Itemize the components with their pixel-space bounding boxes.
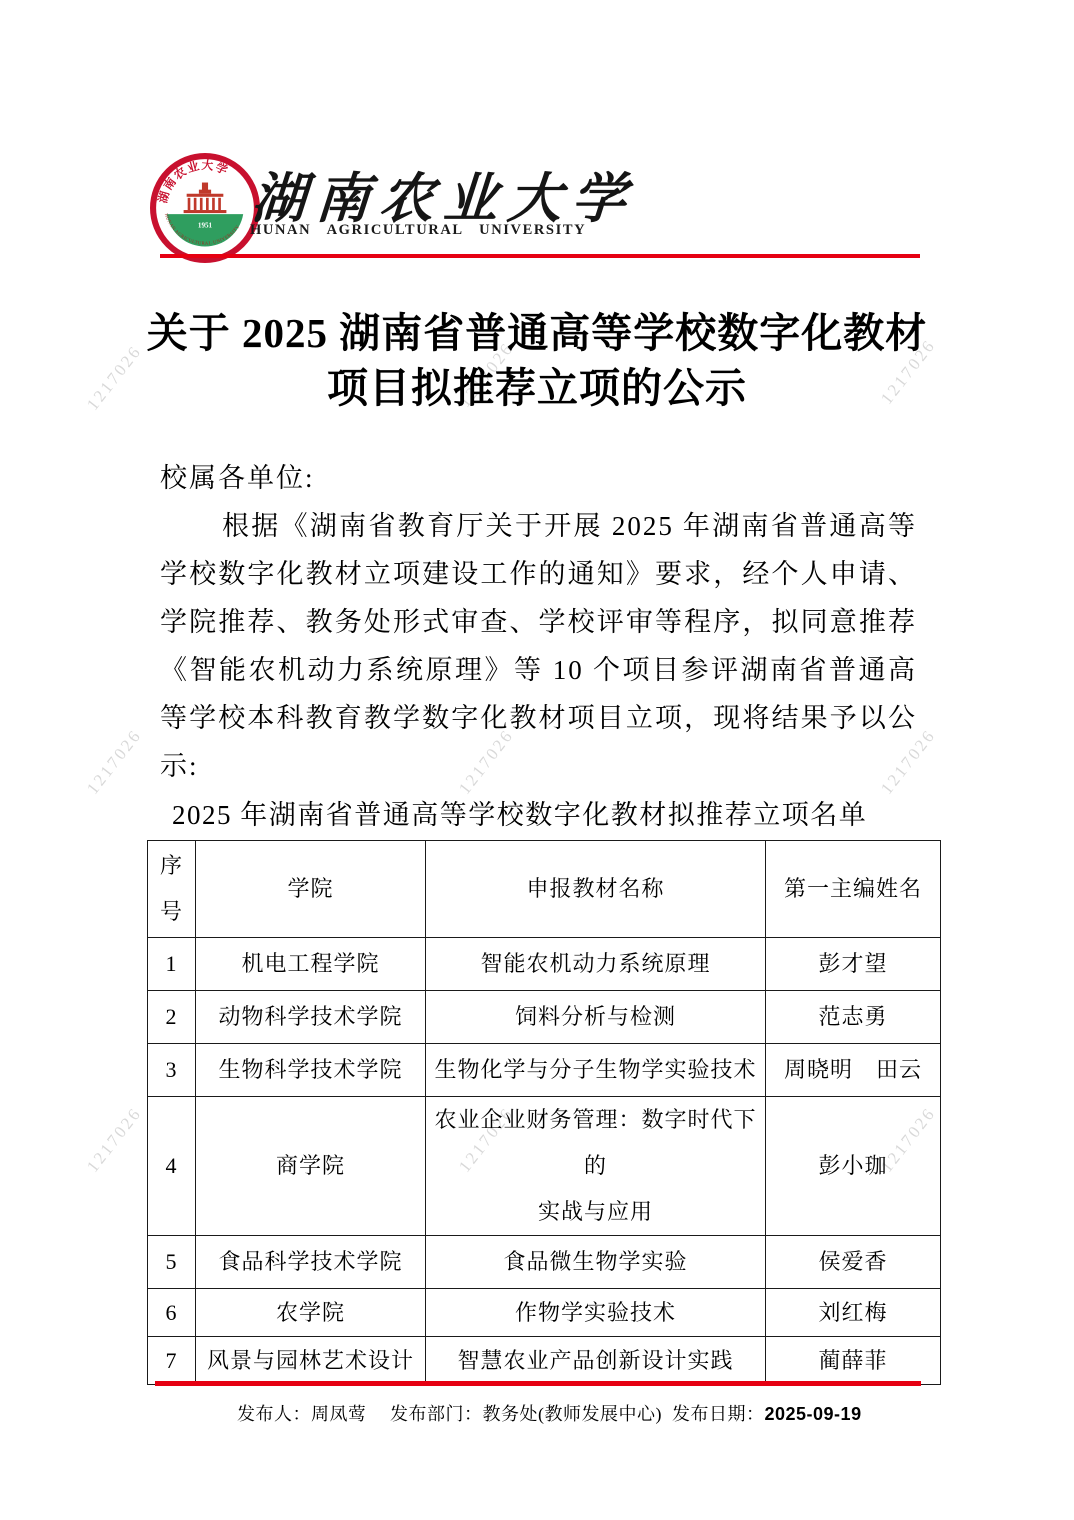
table-row: 3 生物科学技术学院 生物化学与分子生物学实验技术 周晓明 田云 xyxy=(148,1044,941,1097)
cell-index: 6 xyxy=(148,1289,196,1337)
table-row: 1 机电工程学院 智能农机动力系统原理 彭才望 xyxy=(148,938,941,991)
cell-editor: 刘红梅 xyxy=(766,1289,941,1337)
col-header-editor: 第一主编姓名 xyxy=(766,841,941,938)
header-red-rule xyxy=(160,254,920,258)
body-line: 根据《湖南省教育厅关于开展 2025 年湖南省普通高等 xyxy=(160,502,917,550)
body-line: 等学校本科教育教学数字化教材项目立项，现将结果予以公 xyxy=(160,694,917,742)
cell-textbook: 智能农机动力系统原理 xyxy=(426,938,766,991)
document-page: 1217026 1217026 1217026 1217026 1217026 … xyxy=(0,0,1074,1520)
cell-editor: 周晓明 田云 xyxy=(766,1044,941,1097)
cell-editor: 彭才望 xyxy=(766,938,941,991)
col-header-college: 学院 xyxy=(196,841,426,938)
footer-red-rule xyxy=(155,1381,921,1386)
cell-index: 2 xyxy=(148,991,196,1044)
body-line: 学校数字化教材立项建设工作的通知》要求，经个人申请、 xyxy=(160,550,917,598)
cell-college: 食品科学技术学院 xyxy=(196,1236,426,1289)
recommendation-table: 序号 学院 申报教材名称 第一主编姓名 1 机电工程学院 智能农机动力系统原理 … xyxy=(147,840,941,1385)
table-caption: 2025 年湖南省普通高等学校数字化教材拟推荐立项名单 xyxy=(172,791,867,839)
col-header-textbook: 申报教材名称 xyxy=(426,841,766,938)
cell-college: 商学院 xyxy=(196,1097,426,1236)
department-value: 教务处(教师发展中心) xyxy=(483,1404,663,1424)
cell-editor: 侯爱香 xyxy=(766,1236,941,1289)
cell-college: 农学院 xyxy=(196,1289,426,1337)
footer-date: 发布日期：2025-09-19 xyxy=(672,1400,862,1426)
date-label: 发布日期： xyxy=(672,1404,765,1424)
cell-index: 1 xyxy=(148,938,196,991)
cell-index: 3 xyxy=(148,1044,196,1097)
publisher-label: 发布人： xyxy=(237,1404,311,1424)
cell-textbook: 智慧农业产品创新设计实践 xyxy=(426,1337,766,1385)
cell-editor: 蔺薛菲 xyxy=(766,1337,941,1385)
salutation: 校属各单位: xyxy=(160,454,917,502)
footer-department: 发布部门：教务处(教师发展中心) xyxy=(390,1400,662,1426)
cell-textbook: 作物学实验技术 xyxy=(426,1289,766,1337)
cell-textbook: 农业企业财务管理：数字时代下的 实战与应用 xyxy=(426,1097,766,1236)
watermark: 1217026 xyxy=(83,1104,146,1177)
cell-textbook: 食品微生物学实验 xyxy=(426,1236,766,1289)
table-row: 6 农学院 作物学实验技术 刘红梅 xyxy=(148,1289,941,1337)
cell-editor: 范志勇 xyxy=(766,991,941,1044)
title-line-1: 关于 2025 湖南省普通高等学校数字化教材 xyxy=(80,306,994,361)
cell-index: 5 xyxy=(148,1236,196,1289)
publisher-value: 周凤莺 xyxy=(311,1404,367,1424)
table-row: 5 食品科学技术学院 食品微生物学实验 侯爱香 xyxy=(148,1236,941,1289)
cell-index: 7 xyxy=(148,1337,196,1385)
body-line: 示: xyxy=(160,742,917,790)
body-text: 校属各单位: 根据《湖南省教育厅关于开展 2025 年湖南省普通高等 学校数字化… xyxy=(160,454,917,790)
body-line: 《智能农机动力系统原理》等 10 个项目参评湖南省普通高 xyxy=(160,646,917,694)
university-name-en: HUNAN AGRICULTURAL UNIVERSITY xyxy=(250,222,586,239)
col-header-index: 序号 xyxy=(148,841,196,938)
table-row: 7 风景与园林艺术设计 智慧农业产品创新设计实践 蔺薛菲 xyxy=(148,1337,941,1385)
seal-year: 1951 xyxy=(198,221,213,229)
cell-college: 机电工程学院 xyxy=(196,938,426,991)
cell-editor: 彭小珈 xyxy=(766,1097,941,1236)
document-title: 关于 2025 湖南省普通高等学校数字化教材 项目拟推荐立项的公示 xyxy=(80,306,994,416)
watermark: 1217026 xyxy=(83,726,146,799)
cell-index: 4 xyxy=(148,1097,196,1236)
date-value: 2025-09-19 xyxy=(765,1404,862,1424)
cell-college: 动物科学技术学院 xyxy=(196,991,426,1044)
cell-textbook: 饲料分析与检测 xyxy=(426,991,766,1044)
title-line-2: 项目拟推荐立项的公示 xyxy=(80,361,994,416)
body-line: 学院推荐、教务处形式审查、学校评审等程序，拟同意推荐 xyxy=(160,598,917,646)
cell-college: 风景与园林艺术设计 xyxy=(196,1337,426,1385)
table-row: 4 商学院 农业企业财务管理：数字时代下的 实战与应用 彭小珈 xyxy=(148,1097,941,1236)
cell-textbook: 生物化学与分子生物学实验技术 xyxy=(426,1044,766,1097)
footer-publisher: 发布人：周凤莺 xyxy=(237,1400,367,1426)
table-row: 2 动物科学技术学院 饲料分析与检测 范志勇 xyxy=(148,991,941,1044)
university-seal-logo: 湖南农业大学 1951 HUNAN AGRICULTURAL UNIVERSIT… xyxy=(150,153,260,263)
department-label: 发布部门： xyxy=(390,1404,483,1424)
cell-college: 生物科学技术学院 xyxy=(196,1044,426,1097)
table-header-row: 序号 学院 申报教材名称 第一主编姓名 xyxy=(148,841,941,938)
